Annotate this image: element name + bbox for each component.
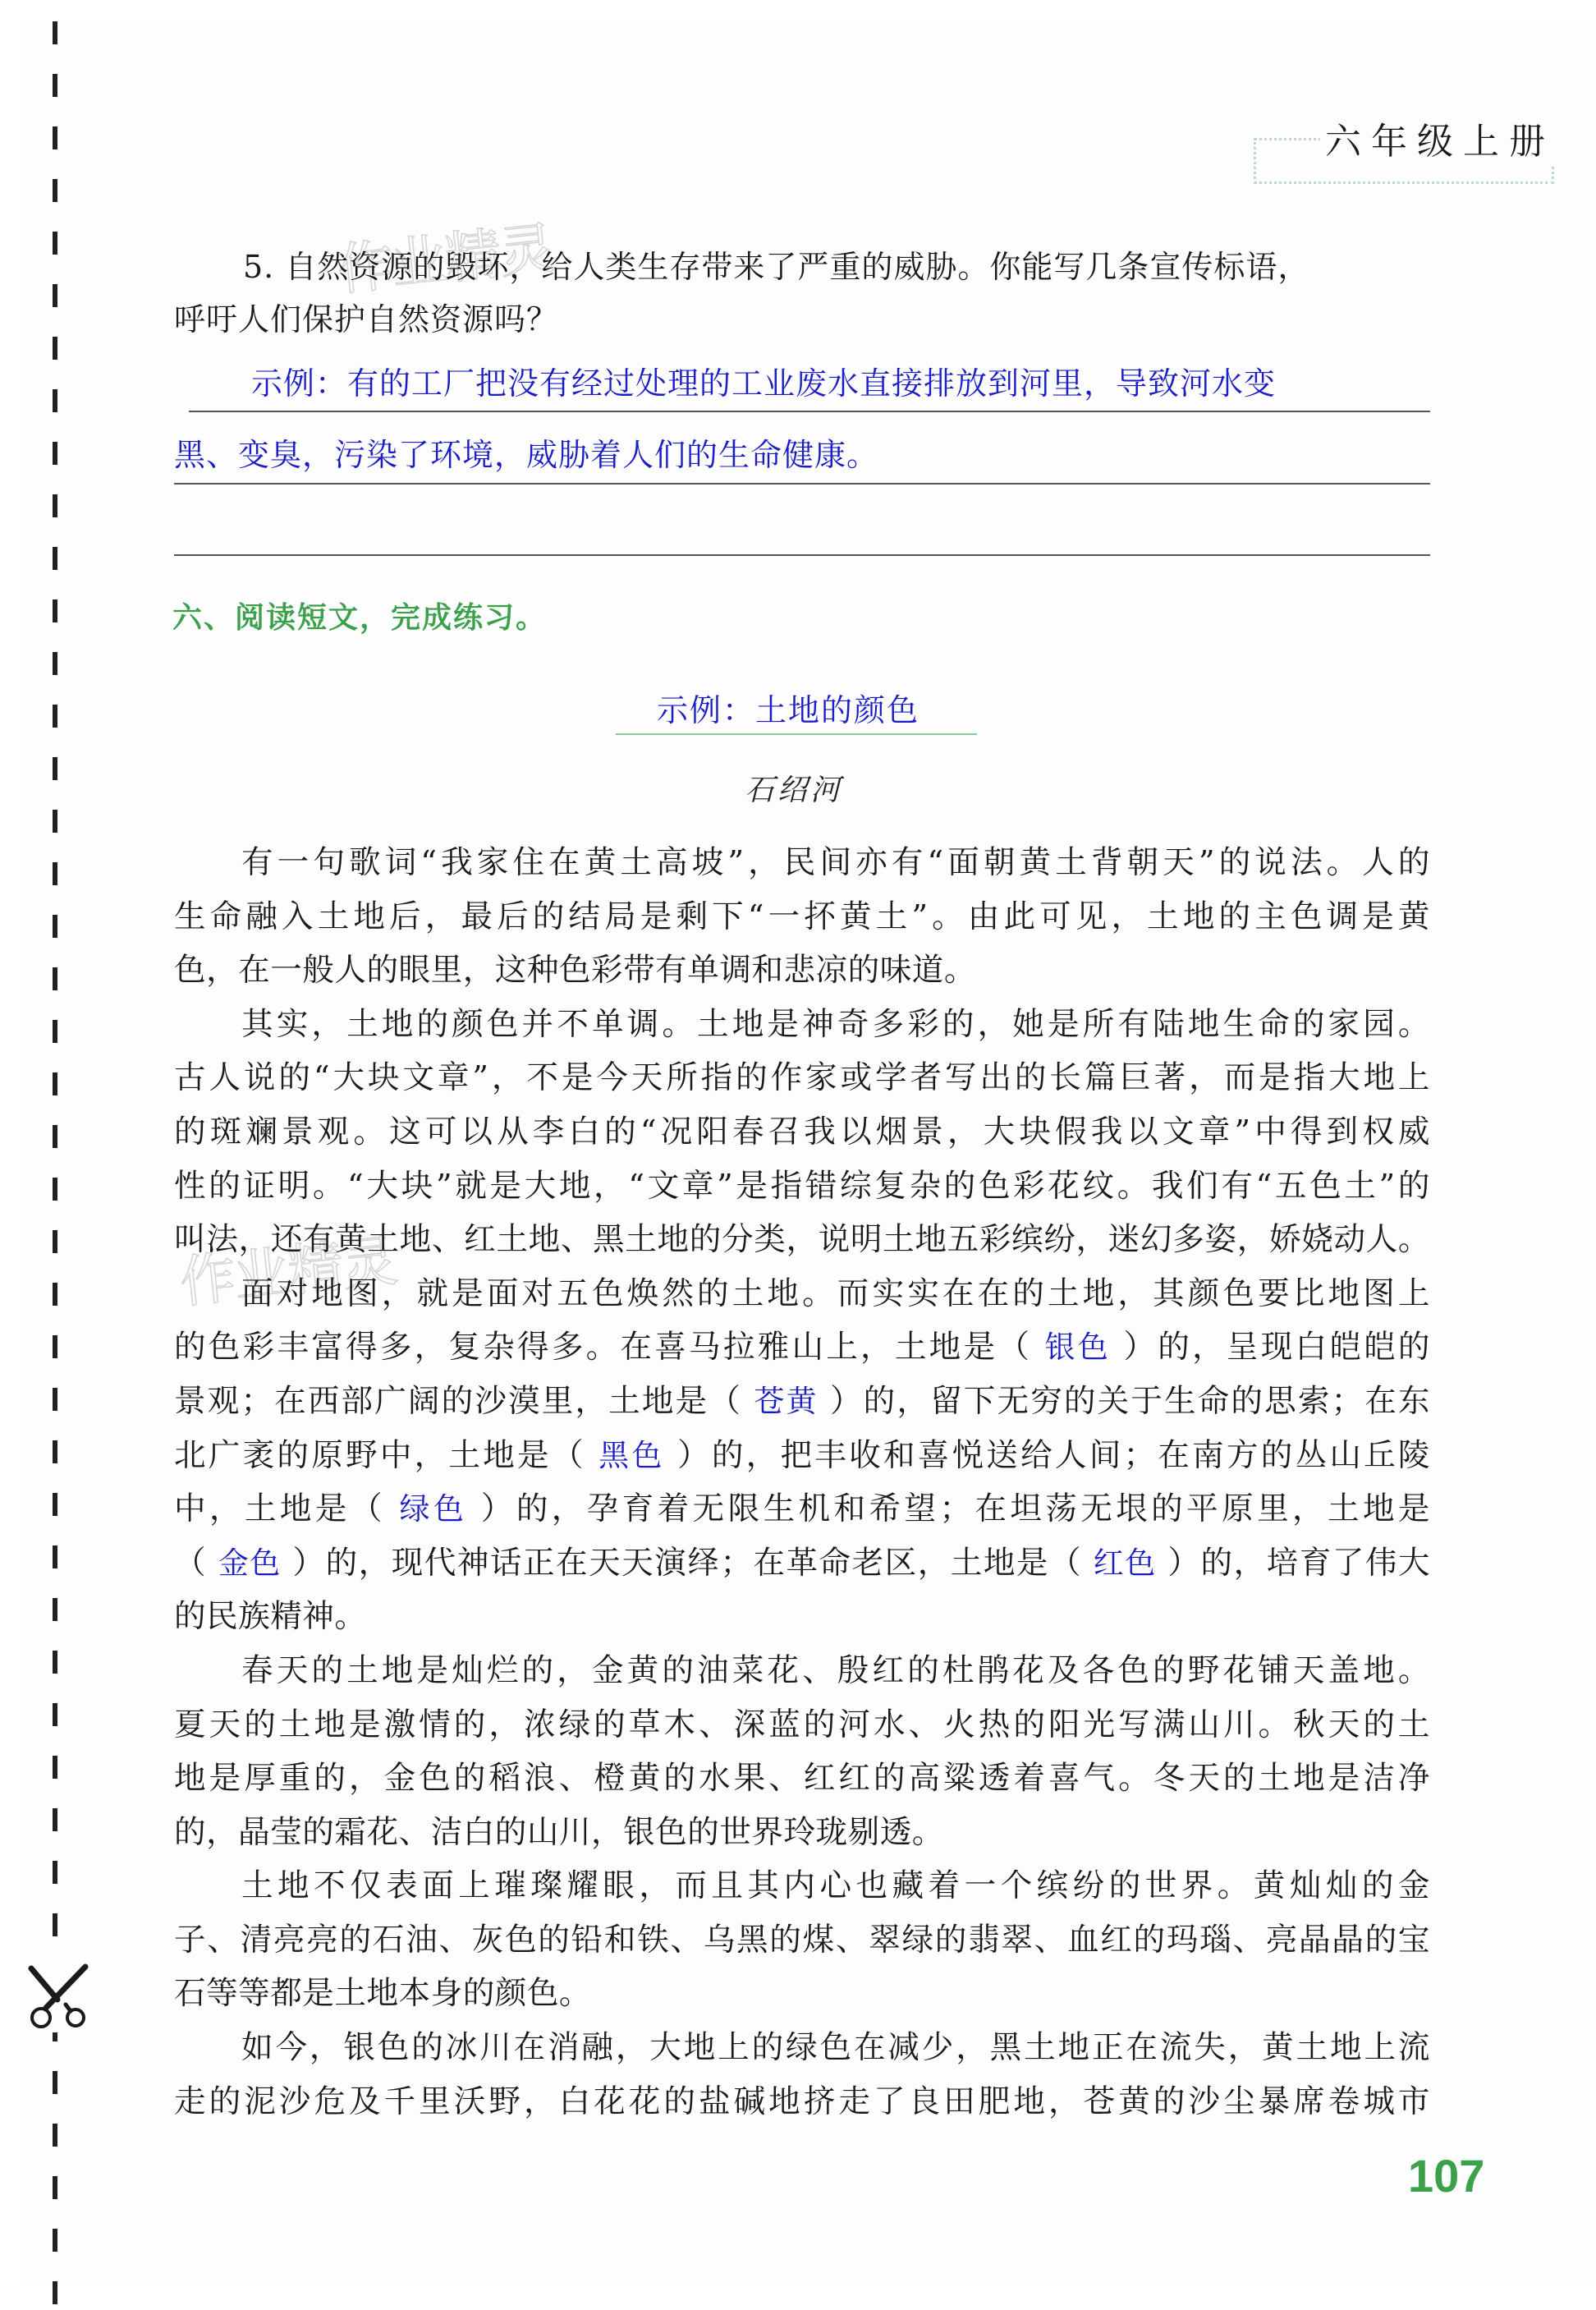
reading-passage: 有一句歌词“我家住在黄土高坡”，民间亦有“面朝黄土背朝天”的说法。人的 生命融入… [174,836,1430,2129]
question-5-answer-line-2: 黑、变臭，污染了环境，威胁着人们的生命健康。 [174,433,878,477]
page-number: 107 [1408,2150,1484,2202]
scissors-icon [25,1959,90,2032]
paragraph-4: 春天的土地是灿烂的，金黄的油菜花、殷红的杜鹃花及各色的野花铺天盖地。 夏天的土地… [174,1644,1430,1859]
passage-line: 其实，土地的颜色并不单调。土地是神奇多彩的，她是所有陆地生命的家园。 [174,998,1430,1052]
passage-line: 的色彩丰富得多，复杂得多。在喜马拉雅山上，土地是（ 银色 ）的，呈现白皑皑的 [174,1320,1430,1375]
answer-rule-2 [174,483,1430,485]
paragraph-3: 面对地图，就是面对五色焕然的土地。而实实在在的土地，其颜色要比地图上 的色彩丰富… [174,1267,1430,1644]
fill-answer-red: 红色 [1094,1545,1157,1581]
passage-line: 走的泥沙危及千里沃野，白花花的盐碱地挤走了良田肥地，苍黄的沙尘暴席卷城市 [174,2075,1430,2129]
passage-line: 的，晶莹的霜花、洁白的山川，银色的世界玲珑剔透。 [174,1806,1430,1860]
passage-line: 面对地图，就是面对五色焕然的土地。而实实在在的土地，其颜色要比地图上 [174,1267,1430,1321]
question-5-prompt: 5. 自然资源的毁坏，给人类生存带来了严重的威胁。你能写几条宣传标语， [243,245,1309,289]
passage-line: （ 金色 ）的，现代神话正在天天演绎；在革命老区，土地是（ 红色 ）的，培育了伟… [174,1536,1430,1591]
passage-line: 景观；在西部广阔的沙漠里，土地是（ 苍黄 ）的，留下无穷的关于生命的思索；在东 [174,1375,1430,1429]
fill-answer-silver: 银色 [1045,1330,1111,1365]
passage-line: 如今，银色的冰川在消融，大地上的绿色在减少，黑土地正在流失，黄土地上流 [174,2021,1430,2075]
passage-line: 子、清亮亮的石油、灰色的铅和铁、乌黑的煤、翠绿的翡翠、血红的玛瑙、亮晶晶的宝 [174,1913,1430,1968]
fill-answer-black: 黑色 [598,1438,664,1473]
passage-line: 色，在一般人的眼里，这种色彩带有单调和悲凉的味道。 [174,944,1430,998]
passage-line: 土地不仅表面上璀璨耀眼，而且其内心也藏着一个缤纷的世界。黄灿灿的金 [174,1859,1430,1913]
title-answer-rule [616,733,977,735]
passage-line: 的斑斓景观。这可以从李白的“况阳春召我以烟景，大块假我以文章”中得到权威 [174,1105,1430,1160]
passage-line: 叫法，还有黄土地、红土地、黑土地的分类，说明土地五彩缤纷，迷幻多姿，娇娆动人。 [174,1213,1430,1267]
passage-line: 春天的土地是灿烂的，金黄的油菜花、殷红的杜鹃花及各色的野花铺天盖地。 [174,1644,1430,1698]
answer-rule-1 [189,411,1430,412]
passage-title-answer: 示例：土地的颜色 [657,688,920,732]
passage-line: 中，土地是（ 绿色 ）的，孕育着无限生机和希望；在坦荡无垠的平原里，土地是 [174,1482,1430,1536]
passage-line: 地是厚重的，金色的稻浪、橙黄的水果、红红的高粱透着喜气。冬天的土地是洁净 [174,1752,1430,1806]
paragraph-2: 其实，土地的颜色并不单调。土地是神奇多彩的，她是所有陆地生命的家园。 古人说的“… [174,998,1430,1267]
paragraph-1: 有一句歌词“我家住在黄土高坡”，民间亦有“面朝黄土背朝天”的说法。人的 生命融入… [174,836,1430,998]
fill-answer-sallow-yellow: 苍黄 [754,1384,818,1419]
section-6-heading: 六、阅读短文，完成练习。 [172,598,547,639]
fill-answer-green: 绿色 [399,1491,467,1527]
grade-label: 六年级上册 [1320,117,1560,167]
passage-line: 夏天的土地是激情的，浓绿的草木、深蓝的河水、火热的阳光写满山川。秋天的土 [174,1698,1430,1752]
paragraph-6: 如今，银色的冰川在消融，大地上的绿色在减少，黑土地正在流失，黄土地上流 走的泥沙… [174,2021,1430,2129]
question-5-answer-line-1: 示例：有的工厂把没有经过处理的工业废水直接排放到河里，导致河水变 [251,361,1276,406]
passage-line: 有一句歌词“我家住在黄土高坡”，民间亦有“面朝黄土背朝天”的说法。人的 [174,836,1430,890]
passage-line: 北广袤的原野中，土地是（ 黑色 ）的，把丰收和喜悦送给人间；在南方的丛山丘陵 [174,1429,1430,1483]
passage-line: 生命融入土地后，最后的结局是剩下“一抔黄土”。由此可见，土地的主色调是黄 [174,890,1430,944]
question-5-prompt-cont: 呼吁人们保护自然资源吗？ [174,297,558,342]
paragraph-5: 土地不仅表面上璀璨耀眼，而且其内心也藏着一个缤纷的世界。黄灿灿的金 子、清亮亮的… [174,1859,1430,2021]
answer-rule-3 [174,554,1430,556]
passage-line: 的民族精神。 [174,1590,1430,1644]
passage-line: 石等等都是土地本身的颜色。 [174,1967,1430,2021]
passage-author: 石绍河 [745,770,843,811]
passage-line: 性的证明。“大块”就是大地，“文章”是指错综复杂的色彩花纹。我们有“五色土”的 [174,1160,1430,1214]
passage-line: 古人说的“大块文章”，不是今天所指的作家或学者写出的长篇巨著，而是指大地上 [174,1051,1430,1105]
fill-answer-gold: 金色 [218,1545,282,1581]
